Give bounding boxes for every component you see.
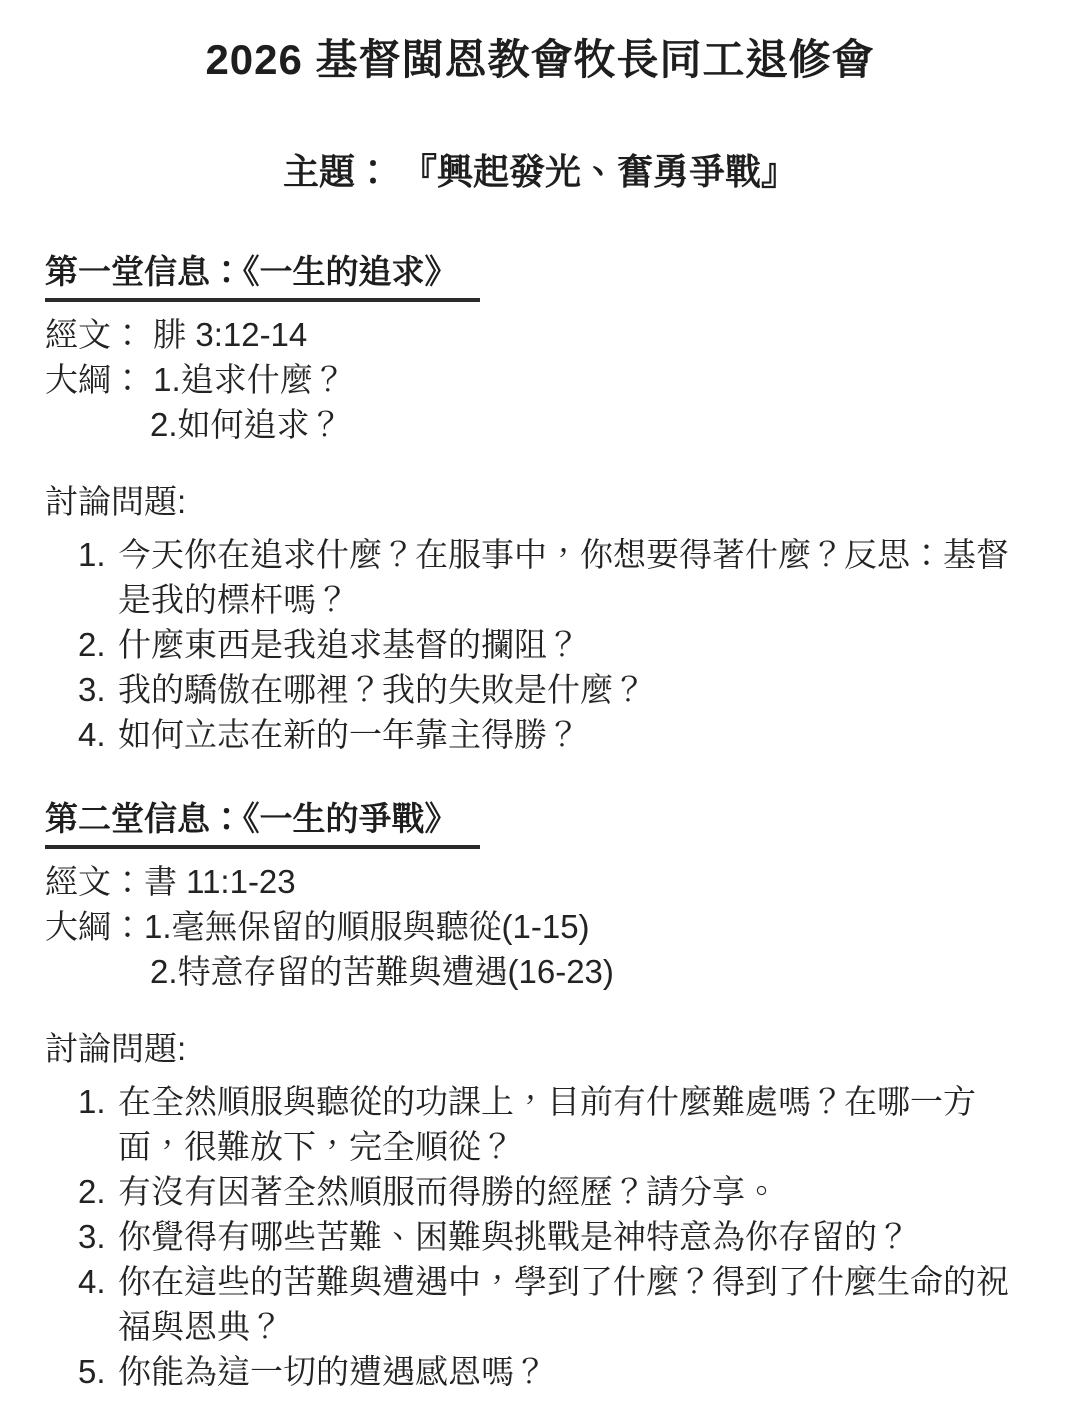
question-item: 4. 如何立志在新的一年靠主得勝？ bbox=[45, 712, 1035, 757]
question-line: 福與恩典？ bbox=[118, 1304, 1035, 1349]
section-2-outline-line-2: 2.特意存留的苦難與遭遇(16-23) bbox=[45, 949, 1035, 994]
document-page: 2026 基督閩恩教會牧長同工退修會 主題： 『興起發光、奮勇爭戰』 第一堂信息… bbox=[0, 0, 1080, 1407]
question-number: 4. bbox=[78, 1259, 118, 1304]
question-text: 你在這些的苦難與遭遇中，學到了什麼？得到了什麼生命的祝 福與恩典？ bbox=[118, 1259, 1035, 1349]
section-1-discussion-label: 討論問題: bbox=[45, 479, 1035, 524]
question-item: 2. 有沒有因著全然順服而得勝的經歷？請分享。 bbox=[45, 1169, 1035, 1214]
section-1-details: 經文： 腓 3:12-14 大綱： 1.追求什麼？ 2.如何追求？ bbox=[45, 312, 1035, 447]
question-line: 在全然順服與聽從的功課上，目前有什麼難處嗎？在哪一方 bbox=[118, 1079, 1035, 1124]
question-item: 3. 你覺得有哪些苦難、困難與挑戰是神特意為你存留的？ bbox=[45, 1214, 1035, 1259]
section-2-outline-line-1: 大綱：1.毫無保留的順服與聽從(1-15) bbox=[45, 904, 1035, 949]
section-1-heading-text: 第一堂信息：《一生的追求》 bbox=[45, 250, 480, 302]
question-line: 如何立志在新的一年靠主得勝？ bbox=[118, 712, 1035, 757]
section-2-question-list: 1. 在全然順服與聽從的功課上，目前有什麼難處嗎？在哪一方 面，很難放下，完全順… bbox=[45, 1079, 1035, 1394]
question-line: 是我的標杆嗎？ bbox=[118, 577, 1035, 622]
section-2-details: 經文：書 11:1-23 大綱：1.毫無保留的順服與聽從(1-15) 2.特意存… bbox=[45, 859, 1035, 994]
question-number: 3. bbox=[78, 667, 118, 712]
question-text: 你覺得有哪些苦難、困難與挑戰是神特意為你存留的？ bbox=[118, 1214, 1035, 1259]
question-text: 我的驕傲在哪裡？我的失敗是什麼？ bbox=[118, 667, 1035, 712]
document-theme: 主題： 『興起發光、奮勇爭戰』 bbox=[45, 150, 1035, 194]
section-second-message: 第二堂信息：《一生的爭戰》 經文：書 11:1-23 大綱：1.毫無保留的順服與… bbox=[45, 797, 1035, 1394]
section-2-discussion-label: 討論問題: bbox=[45, 1026, 1035, 1071]
section-1-outline-line-2: 2.如何追求？ bbox=[45, 402, 1035, 447]
question-text: 如何立志在新的一年靠主得勝？ bbox=[118, 712, 1035, 757]
question-line: 什麼東西是我追求基督的攔阻？ bbox=[118, 622, 1035, 667]
question-number: 1. bbox=[78, 532, 118, 577]
question-line: 你在這些的苦難與遭遇中，學到了什麼？得到了什麼生命的祝 bbox=[118, 1259, 1035, 1304]
question-number: 2. bbox=[78, 622, 118, 667]
question-number: 2. bbox=[78, 1169, 118, 1214]
question-line: 你覺得有哪些苦難、困難與挑戰是神特意為你存留的？ bbox=[118, 1214, 1035, 1259]
question-item: 5. 你能為這一切的遭遇感恩嗎？ bbox=[45, 1349, 1035, 1394]
question-line: 有沒有因著全然順服而得勝的經歷？請分享。 bbox=[118, 1169, 1035, 1214]
section-2-scripture: 經文：書 11:1-23 bbox=[45, 859, 1035, 904]
question-line: 面，很難放下，完全順從？ bbox=[118, 1124, 1035, 1169]
question-item: 4. 你在這些的苦難與遭遇中，學到了什麼？得到了什麼生命的祝 福與恩典？ bbox=[45, 1259, 1035, 1349]
question-item: 1. 在全然順服與聽從的功課上，目前有什麼難處嗎？在哪一方 面，很難放下，完全順… bbox=[45, 1079, 1035, 1169]
question-text: 有沒有因著全然順服而得勝的經歷？請分享。 bbox=[118, 1169, 1035, 1214]
question-number: 3. bbox=[78, 1214, 118, 1259]
question-text: 你能為這一切的遭遇感恩嗎？ bbox=[118, 1349, 1035, 1394]
question-line: 今天你在追求什麼？在服事中，你想要得著什麼？反思：基督 bbox=[118, 532, 1035, 577]
question-text: 今天你在追求什麼？在服事中，你想要得著什麼？反思：基督 是我的標杆嗎？ bbox=[118, 532, 1035, 622]
section-first-message: 第一堂信息：《一生的追求》 經文： 腓 3:12-14 大綱： 1.追求什麼？ … bbox=[45, 250, 1035, 757]
section-1-question-list: 1. 今天你在追求什麼？在服事中，你想要得著什麼？反思：基督 是我的標杆嗎？ 2… bbox=[45, 532, 1035, 757]
question-text: 什麼東西是我追求基督的攔阻？ bbox=[118, 622, 1035, 667]
question-line: 你能為這一切的遭遇感恩嗎？ bbox=[118, 1349, 1035, 1394]
section-1-outline-line-1: 大綱： 1.追求什麼？ bbox=[45, 357, 1035, 402]
question-item: 2. 什麼東西是我追求基督的攔阻？ bbox=[45, 622, 1035, 667]
question-line: 我的驕傲在哪裡？我的失敗是什麼？ bbox=[118, 667, 1035, 712]
section-2-heading: 第二堂信息：《一生的爭戰》 bbox=[45, 797, 1035, 849]
section-1-heading: 第一堂信息：《一生的追求》 bbox=[45, 250, 1035, 302]
section-1-scripture: 經文： 腓 3:12-14 bbox=[45, 312, 1035, 357]
question-number: 4. bbox=[78, 712, 118, 757]
section-2-heading-text: 第二堂信息：《一生的爭戰》 bbox=[45, 797, 480, 849]
question-text: 在全然順服與聽從的功課上，目前有什麼難處嗎？在哪一方 面，很難放下，完全順從？ bbox=[118, 1079, 1035, 1169]
question-item: 3. 我的驕傲在哪裡？我的失敗是什麼？ bbox=[45, 667, 1035, 712]
question-item: 1. 今天你在追求什麼？在服事中，你想要得著什麼？反思：基督 是我的標杆嗎？ bbox=[45, 532, 1035, 622]
question-number: 5. bbox=[78, 1349, 118, 1394]
question-number: 1. bbox=[78, 1079, 118, 1124]
document-title: 2026 基督閩恩教會牧長同工退修會 bbox=[45, 0, 1035, 86]
